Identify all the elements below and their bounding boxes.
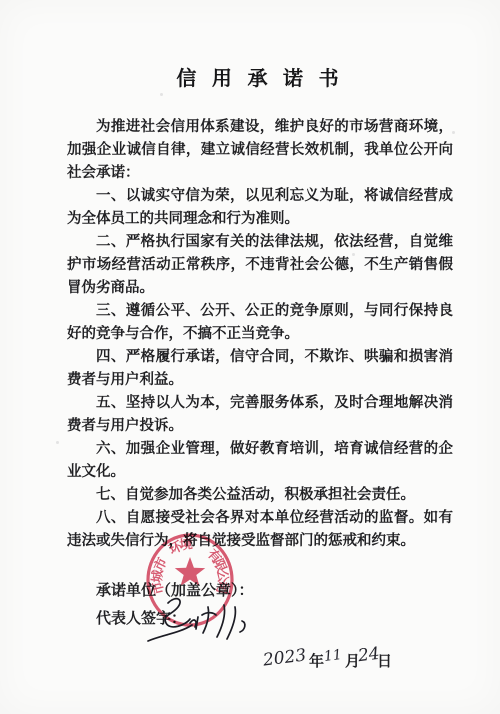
scan-speckle: [452, 131, 455, 134]
document-title: 信 用 承 诺 书: [67, 62, 453, 91]
document-body: 为推进社会信用体系建设，维护良好的市场营商环境，加强企业诚信自律，建立诚信经营长…: [67, 116, 453, 553]
seal-star-icon: [175, 557, 205, 586]
scan-speckle: [56, 441, 59, 444]
representative-signature: [140, 595, 255, 647]
commitment-item-4: 四、严格履行承诺，信守合同，不欺诈、哄骗和损害消费者与用户利益。: [67, 346, 453, 392]
svg-text:司: 司: [214, 580, 231, 596]
scan-speckle: [352, 253, 355, 256]
date-day-label: 日: [377, 650, 392, 671]
date-year-handwritten: 2023: [262, 645, 307, 670]
scan-speckle: [333, 140, 336, 143]
commitment-item-8: 八、自愿接受社会各界对本单位经营活动的监督。如有违法或失信行为，将自觉接受监督部…: [67, 507, 453, 553]
date-year-label: 年: [309, 650, 324, 671]
commitment-item-2: 二、严格执行国家有关的法律法规，依法经营，自觉维护市场经营活动正常秩序，不违背社…: [67, 231, 453, 300]
date-month-handwritten: 11: [323, 647, 343, 665]
commitment-item-3: 三、遵循公平、公开、公正的竞争原则，与同行保持良好的竞争与合作，不搞不正当竞争。: [67, 300, 453, 346]
scanned-document-page: 信 用 承 诺 书 为推进社会信用体系建设，维护良好的市场营商环境，加强企业诚信…: [0, 0, 500, 714]
date-month-label: 月: [345, 650, 360, 671]
commitment-item-5: 五、坚持以人为本，完善服务体系，及时合理地解决消费者与用户投诉。: [67, 392, 453, 438]
date-day-handwritten: 24: [357, 644, 381, 666]
scan-speckle: [160, 93, 163, 96]
commitment-item-7: 七、自觉参加各类公益活动，积极承担社会责任。: [67, 484, 453, 507]
intro-paragraph: 为推进社会信用体系建设，维护良好的市场营商环境，加强企业诚信自律，建立诚信经营长…: [67, 116, 453, 185]
svg-text:境: 境: [179, 536, 194, 552]
commitment-item-6: 六、加强企业管理，做好教育培训，培育诚信经营的企业文化。: [67, 438, 453, 484]
commitment-item-1: 一、以诚实守信为荣，以见利忘义为耻，将诚信经营成为全体员工的共同理念和行为准则。: [67, 185, 453, 231]
